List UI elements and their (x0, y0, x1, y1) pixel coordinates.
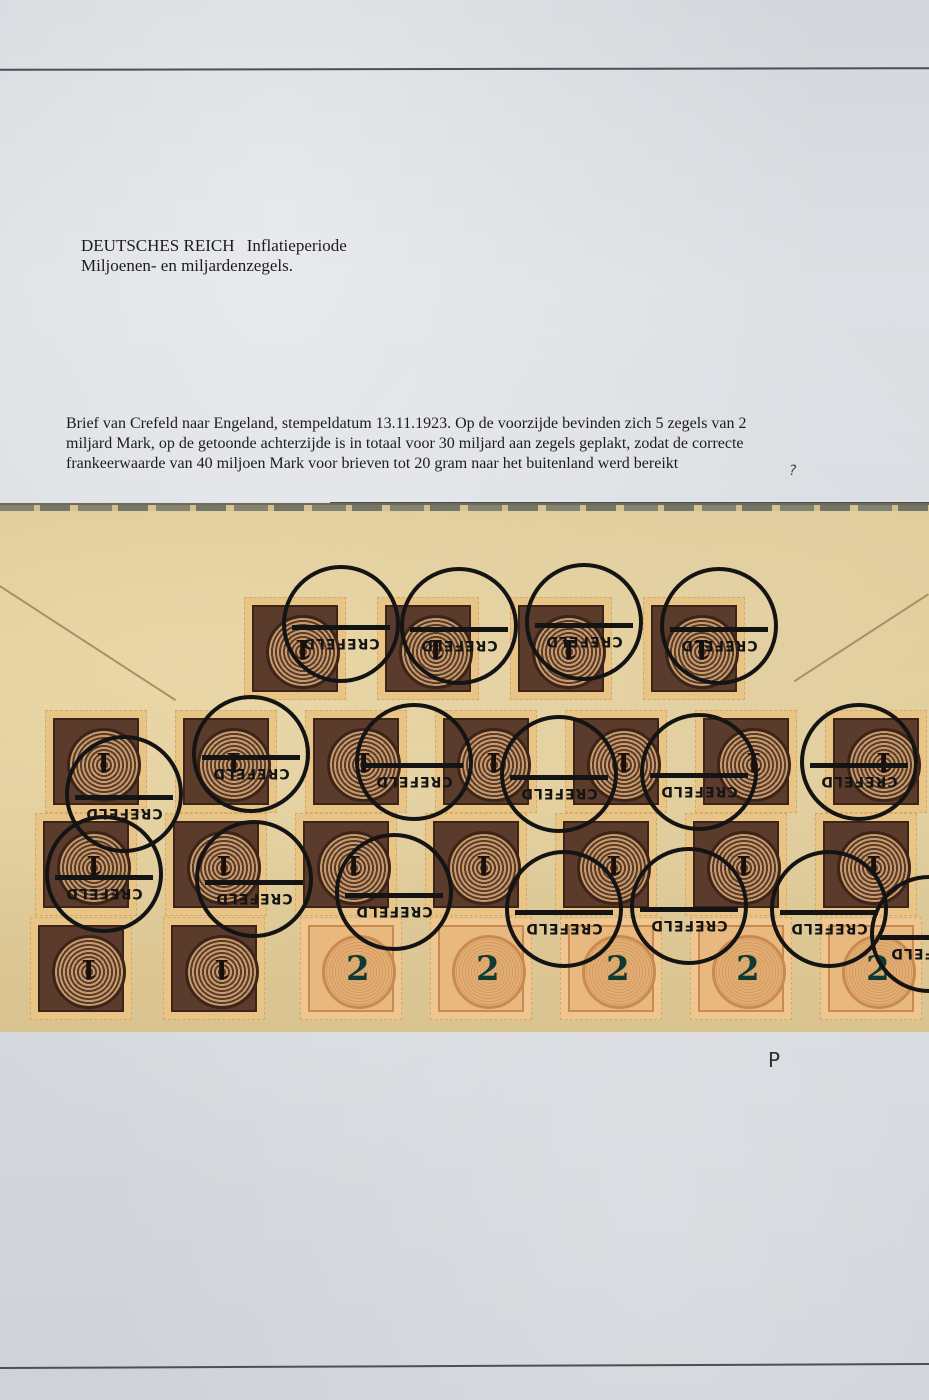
torn-edge (0, 505, 929, 511)
postmark: CREFELD (195, 820, 313, 938)
postmark: CREFELD (525, 563, 643, 681)
postmark: CREFELD (45, 815, 163, 933)
album-page: DEUTSCHES REICH Inflatieperiode Miljoene… (0, 0, 929, 1400)
pencil-mark: P (768, 1048, 780, 1072)
description-line: miljard Mark, op de getoonde achterzijde… (66, 434, 866, 454)
mount-rule (330, 502, 929, 504)
header-country: DEUTSCHES REICH (81, 236, 234, 255)
postmark: CREFELD (500, 715, 618, 833)
bottom-rule (0, 1363, 929, 1369)
cover-description: Brief van Crefeld naar Engeland, stempel… (66, 414, 866, 474)
postmark: CREFELD (640, 713, 758, 831)
postmark: CREFELD (282, 565, 400, 683)
postmark: CREFELD (800, 703, 918, 821)
postmark: CREFELD (400, 567, 518, 685)
envelope-flap-left (0, 585, 176, 701)
pencil-mark: ? (789, 463, 796, 479)
postmark: CREFELD (192, 695, 310, 813)
postmark: CREFELD (630, 847, 748, 965)
top-rule (0, 67, 929, 71)
postmark: CREFELD (335, 833, 453, 951)
description-line: frankeerwaarde van 40 miljoen Mark voor … (66, 454, 866, 474)
description-line: Brief van Crefeld naar Engeland, stempel… (66, 414, 866, 434)
postage-stamp (30, 917, 132, 1020)
envelope-flap-right (794, 593, 929, 682)
header-subtitle: Miljoenen- en miljardenzegels. (81, 256, 347, 276)
postmark: CREFELD (770, 850, 888, 968)
page-header: DEUTSCHES REICH Inflatieperiode Miljoene… (81, 236, 347, 276)
envelope-back: CREFELDCREFELDCREFELDCREFELDCREFELDCREFE… (0, 505, 929, 1032)
postmark: CREFELD (355, 703, 473, 821)
postmark: CREFELD (505, 850, 623, 968)
postmark: CREFELD (660, 567, 778, 685)
header-period: Inflatieperiode (247, 236, 347, 255)
